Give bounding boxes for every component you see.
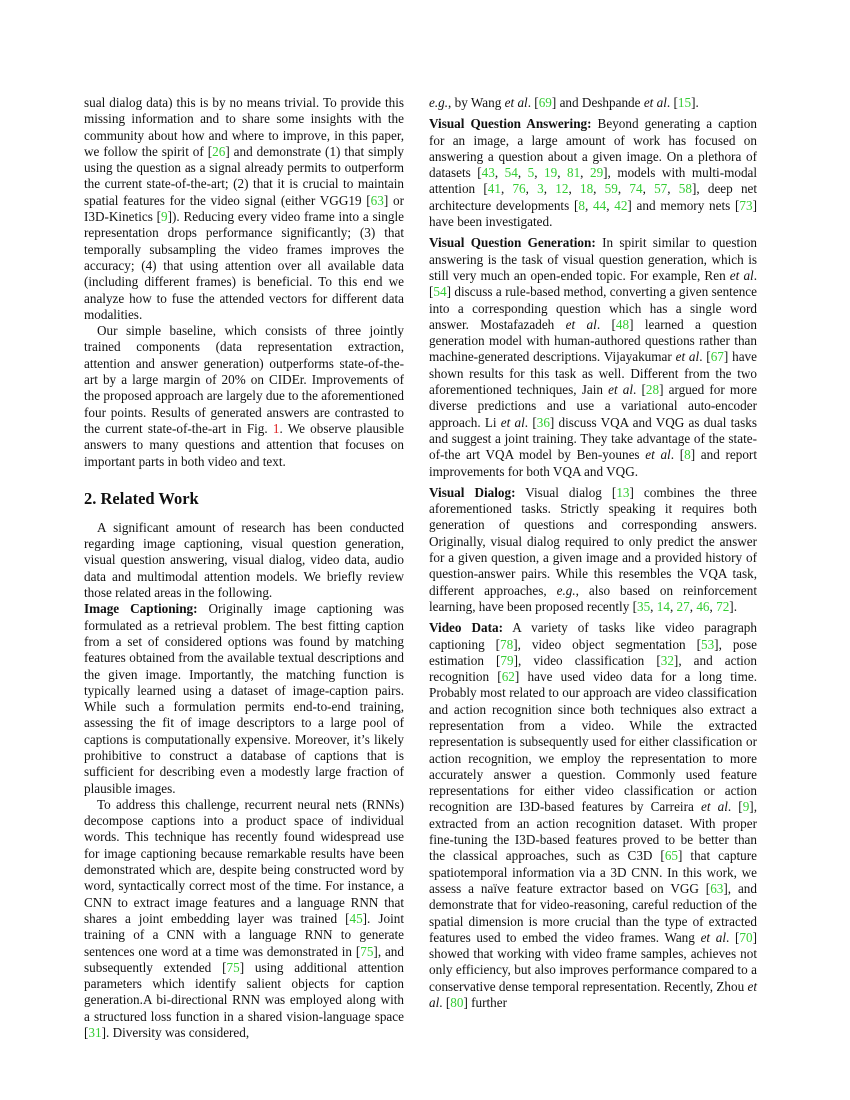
vqa-heading: Visual Question Answering: (429, 116, 592, 131)
citation-link[interactable]: 43 (482, 165, 495, 180)
citation-link[interactable]: 19 (544, 165, 557, 180)
italic-text: et al (501, 415, 525, 430)
italic-text: et al (730, 268, 754, 283)
citation-link[interactable]: 41 (488, 181, 501, 196)
citation-link[interactable]: 8 (578, 198, 585, 213)
citation-link[interactable]: 3 (537, 181, 544, 196)
section-heading: 2. Related Work (84, 489, 404, 509)
italic-text: e.g. (557, 583, 576, 598)
image-captioning-heading: Image Captioning: (84, 601, 198, 616)
citation-link[interactable]: 28 (646, 382, 659, 397)
citation-link[interactable]: 69 (539, 95, 552, 110)
italic-text: et al (645, 447, 670, 462)
citation-link[interactable]: 78 (500, 637, 513, 652)
vqg-body: In spirit similar to question answering … (429, 235, 757, 478)
image-captioning-body: Originally image captioning was formulat… (84, 601, 404, 795)
section-number: 2. (84, 489, 96, 508)
citation-link[interactable]: 63 (710, 881, 723, 896)
citation-link[interactable]: 42 (614, 198, 627, 213)
intro-paragraph-2: Our simple baseline, which consists of t… (84, 323, 404, 470)
citation-link[interactable]: 62 (502, 669, 515, 684)
citation-link[interactable]: 44 (593, 198, 606, 213)
citation-link[interactable]: 80 (450, 995, 463, 1010)
citation-link[interactable]: 75 (360, 944, 373, 959)
continuation-paragraph: e.g., by Wang et al. [69] and Deshpande … (429, 95, 757, 111)
vqa-body: Beyond generating a caption for an image… (429, 116, 757, 229)
citation-link[interactable]: 15 (678, 95, 691, 110)
citation-link[interactable]: 57 (654, 181, 667, 196)
italic-text: et al (676, 349, 700, 364)
italic-text: et al (701, 930, 726, 945)
visual-dialog-heading: Visual Dialog: (429, 485, 515, 500)
citation-link[interactable]: 76 (512, 181, 525, 196)
citation-link[interactable]: 31 (88, 1025, 101, 1040)
citation-link[interactable]: 29 (590, 165, 603, 180)
citation-link[interactable]: 65 (665, 848, 678, 863)
rnn-captioning-paragraph: To address this challenge, recurrent neu… (84, 797, 404, 1041)
citation-link[interactable]: 9 (743, 799, 750, 814)
citation-link[interactable]: 54 (433, 284, 446, 299)
italic-text: e.g. (429, 95, 448, 110)
citation-link[interactable]: 72 (716, 599, 729, 614)
citation-link[interactable]: 12 (555, 181, 568, 196)
italic-text: et al (608, 382, 633, 397)
citation-link[interactable]: 73 (739, 198, 752, 213)
figure-ref-link[interactable]: 1 (273, 421, 280, 436)
citation-link[interactable]: 58 (679, 181, 692, 196)
citation-link[interactable]: 74 (629, 181, 642, 196)
right-column: e.g., by Wang et al. [69] and Deshpande … (429, 95, 757, 1011)
citation-link[interactable]: 54 (505, 165, 518, 180)
italic-text: et al (429, 979, 757, 1010)
visual-dialog-body: Visual dialog [13] combines the three af… (429, 485, 757, 614)
citation-link[interactable]: 81 (567, 165, 580, 180)
italic-text: et al (505, 95, 528, 110)
citation-link[interactable]: 5 (528, 165, 535, 180)
video-data-paragraph: Video Data: A variety of tasks like vide… (429, 620, 757, 1011)
left-column: sual dialog data) this is by no means tr… (84, 95, 404, 1041)
section-title: Related Work (101, 489, 199, 508)
citation-link[interactable]: 26 (212, 144, 225, 159)
citation-link[interactable]: 48 (616, 317, 629, 332)
italic-text: et al (566, 317, 597, 332)
image-captioning-paragraph: Image Captioning: Originally image capti… (84, 601, 404, 797)
citation-link[interactable]: 79 (500, 653, 513, 668)
citation-link[interactable]: 36 (537, 415, 550, 430)
citation-link[interactable]: 27 (677, 599, 690, 614)
video-data-body: A variety of tasks like video paragraph … (429, 620, 757, 1010)
citation-link[interactable]: 45 (349, 911, 362, 926)
citation-link[interactable]: 8 (684, 447, 691, 462)
italic-text: et al (644, 95, 667, 110)
citation-link[interactable]: 14 (657, 599, 670, 614)
citation-link[interactable]: 46 (696, 599, 709, 614)
related-work-intro: A significant amount of research has bee… (84, 520, 404, 601)
citation-link[interactable]: 63 (371, 193, 384, 208)
italic-text: et al (701, 799, 728, 814)
citation-link[interactable]: 75 (227, 960, 240, 975)
visual-dialog-paragraph: Visual Dialog: Visual dialog [13] combin… (429, 485, 757, 615)
video-data-heading: Video Data: (429, 620, 503, 635)
citation-link[interactable]: 67 (711, 349, 724, 364)
citation-link[interactable]: 70 (739, 930, 752, 945)
citation-link[interactable]: 13 (616, 485, 629, 500)
citation-link[interactable]: 32 (661, 653, 674, 668)
vqg-paragraph: Visual Question Generation: In spirit si… (429, 235, 757, 479)
vqa-paragraph: Visual Question Answering: Beyond genera… (429, 116, 757, 230)
intro-paragraph-1: sual dialog data) this is by no means tr… (84, 95, 404, 323)
citation-link[interactable]: 59 (605, 181, 618, 196)
citation-link[interactable]: 53 (701, 637, 714, 652)
citation-link[interactable]: 18 (580, 181, 593, 196)
vqg-heading: Visual Question Generation: (429, 235, 596, 250)
citation-link[interactable]: 35 (637, 599, 650, 614)
citation-link[interactable]: 9 (161, 209, 168, 224)
